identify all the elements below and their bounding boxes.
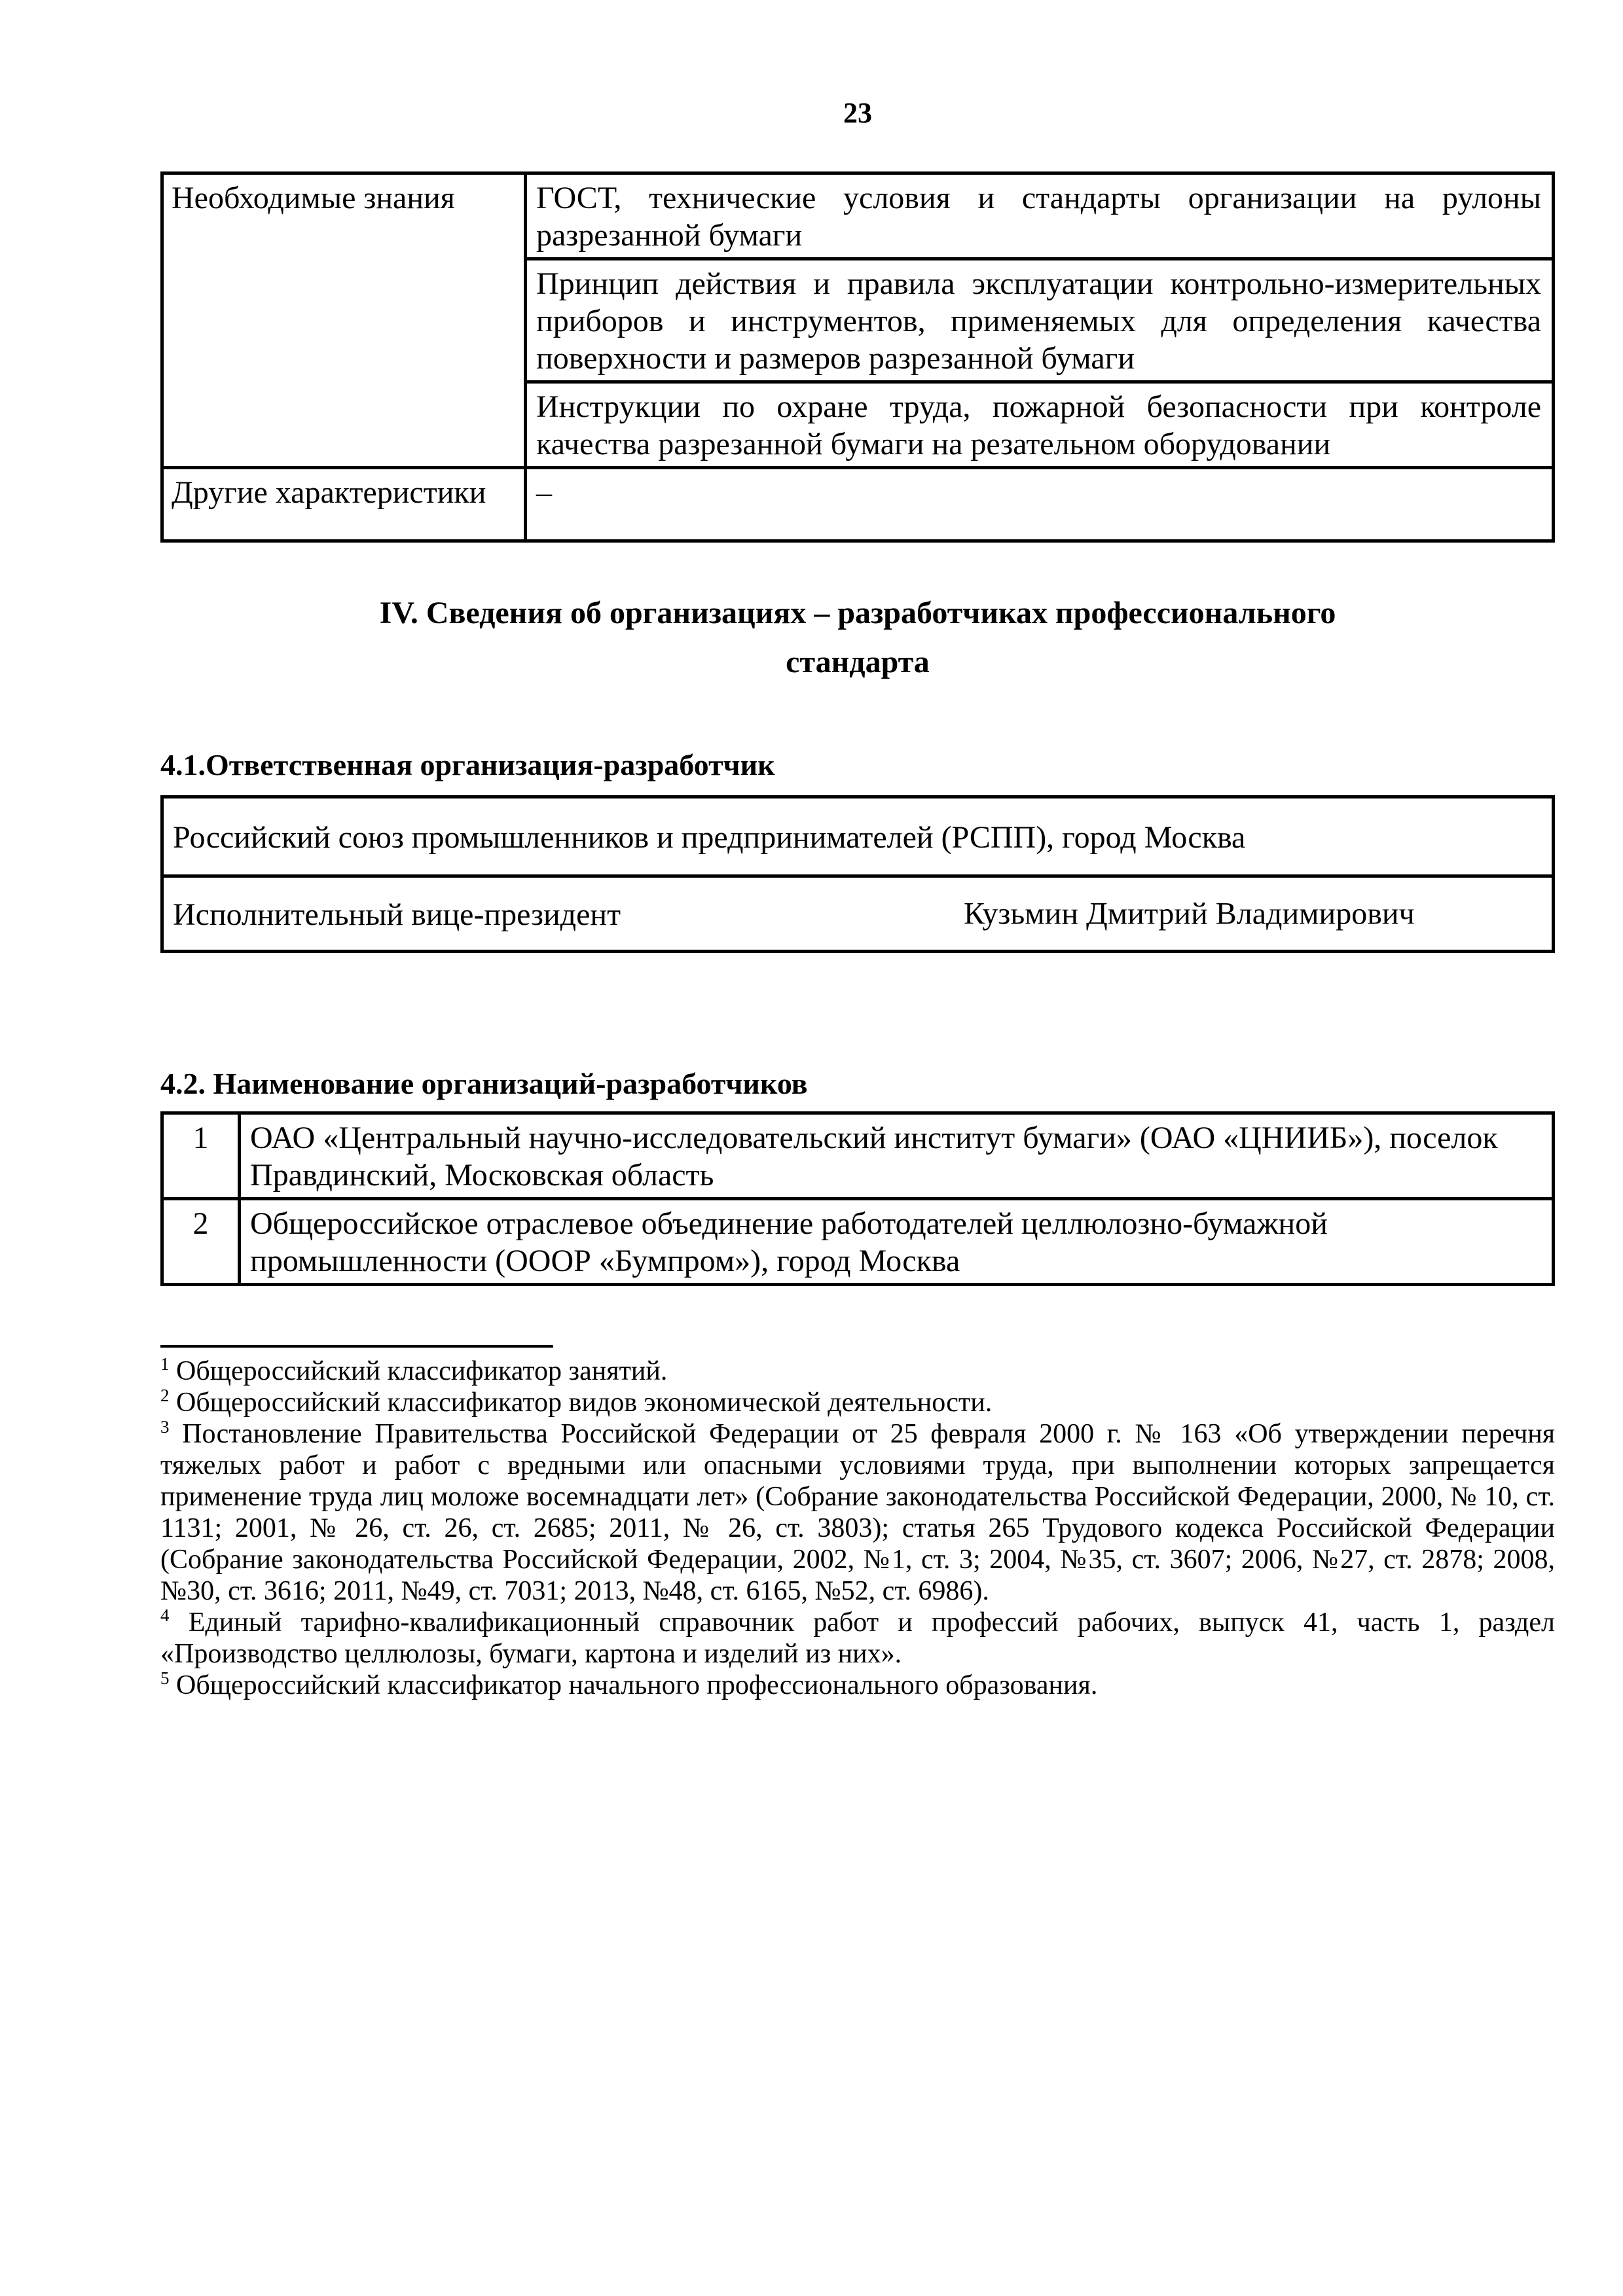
developer-name-cell: Общероссийское отраслевое объединение ра… (240, 1199, 1554, 1285)
page-number: 23 (160, 0, 1555, 130)
table-row: Российский союз промышленников и предпри… (162, 797, 1554, 876)
section-4-title-line-2: стандарта (160, 637, 1555, 687)
officer-name: Кузьмин Дмитрий Владимирович (964, 895, 1415, 933)
responsible-org-table: Российский союз промышленников и предпри… (160, 795, 1555, 953)
footnote-4-marker: 4 (160, 1605, 170, 1625)
knowledge-item-cell-3: Инструкции по охране труда, пожарной без… (526, 382, 1554, 468)
section-4-title-line-1: IV. Сведения об организациях – разработч… (160, 588, 1555, 637)
org-officer-cell: Исполнительный вице-президент Кузьмин Дм… (162, 876, 1554, 952)
footnote-2: 2 Общероссийский классификатор видов эко… (160, 1387, 1555, 1418)
footnote-4: 4 Единый тарифно-квалификационный справо… (160, 1607, 1555, 1670)
footnote-2-text: Общероссийский классификатор видов эконо… (176, 1388, 992, 1418)
table-row: Другие характеристики – (162, 468, 1554, 541)
footnote-3-marker: 3 (160, 1417, 170, 1437)
table-row: 2 Общероссийское отраслевое объединение … (162, 1199, 1554, 1285)
footnote-5: 5 Общероссийский классификатор начальног… (160, 1670, 1555, 1701)
developer-name-cell: ОАО «Центральный научно-исследовательски… (240, 1113, 1554, 1199)
other-characteristics-value-cell: – (526, 468, 1554, 541)
footnote-3-text: Постановление Правительства Российской Ф… (160, 1419, 1555, 1606)
footnote-1-text: Общероссийский классификатор занятий. (176, 1356, 667, 1386)
knowledge-item-cell-1: ГОСТ, технические условия и стандарты ор… (526, 173, 1554, 259)
developer-number-cell: 2 (162, 1199, 240, 1285)
developer-number-cell: 1 (162, 1113, 240, 1199)
table-row: Необходимые знания ГОСТ, технические усл… (162, 173, 1554, 259)
developers-table: 1 ОАО «Центральный научно-исследовательс… (160, 1111, 1555, 1286)
table-row: 1 ОАО «Центральный научно-исследовательс… (162, 1113, 1554, 1199)
footnote-3: 3 Постановление Правительства Российской… (160, 1418, 1555, 1607)
section-4-title: IV. Сведения об организациях – разработч… (160, 588, 1555, 687)
characteristics-table: Необходимые знания ГОСТ, технические усл… (160, 171, 1555, 543)
footnote-1-marker: 1 (160, 1354, 170, 1374)
footnote-separator (160, 1345, 553, 1348)
footnote-2-marker: 2 (160, 1386, 170, 1405)
footnote-4-text: Единый тарифно-квалификационный справочн… (160, 1607, 1555, 1669)
knowledge-label-cell: Необходимые знания (162, 173, 526, 468)
org-name-cell: Российский союз промышленников и предпри… (162, 797, 1554, 876)
officer-position: Исполнительный вице-президент (173, 897, 621, 932)
footnote-5-marker: 5 (160, 1668, 170, 1688)
other-characteristics-label-cell: Другие характеристики (162, 468, 526, 541)
footnotes: 1 Общероссийский классификатор занятий. … (160, 1355, 1555, 1701)
knowledge-item-cell-2: Принцип действия и правила эксплуатации … (526, 259, 1554, 382)
table-row: Исполнительный вице-президент Кузьмин Дм… (162, 876, 1554, 952)
section-4-2-heading: 4.2. Наименование организаций-разработчи… (160, 1066, 1555, 1102)
footnote-5-text: Общероссийский классификатор начального … (176, 1670, 1097, 1700)
page-content: 23 Необходимые знания ГОСТ, технические … (160, 0, 1555, 1701)
footnote-1: 1 Общероссийский классификатор занятий. (160, 1355, 1555, 1387)
section-4-1-heading: 4.1.Ответственная организация-разработчи… (160, 747, 1555, 783)
document-page: 23 Необходимые знания ГОСТ, технические … (0, 0, 1623, 2296)
